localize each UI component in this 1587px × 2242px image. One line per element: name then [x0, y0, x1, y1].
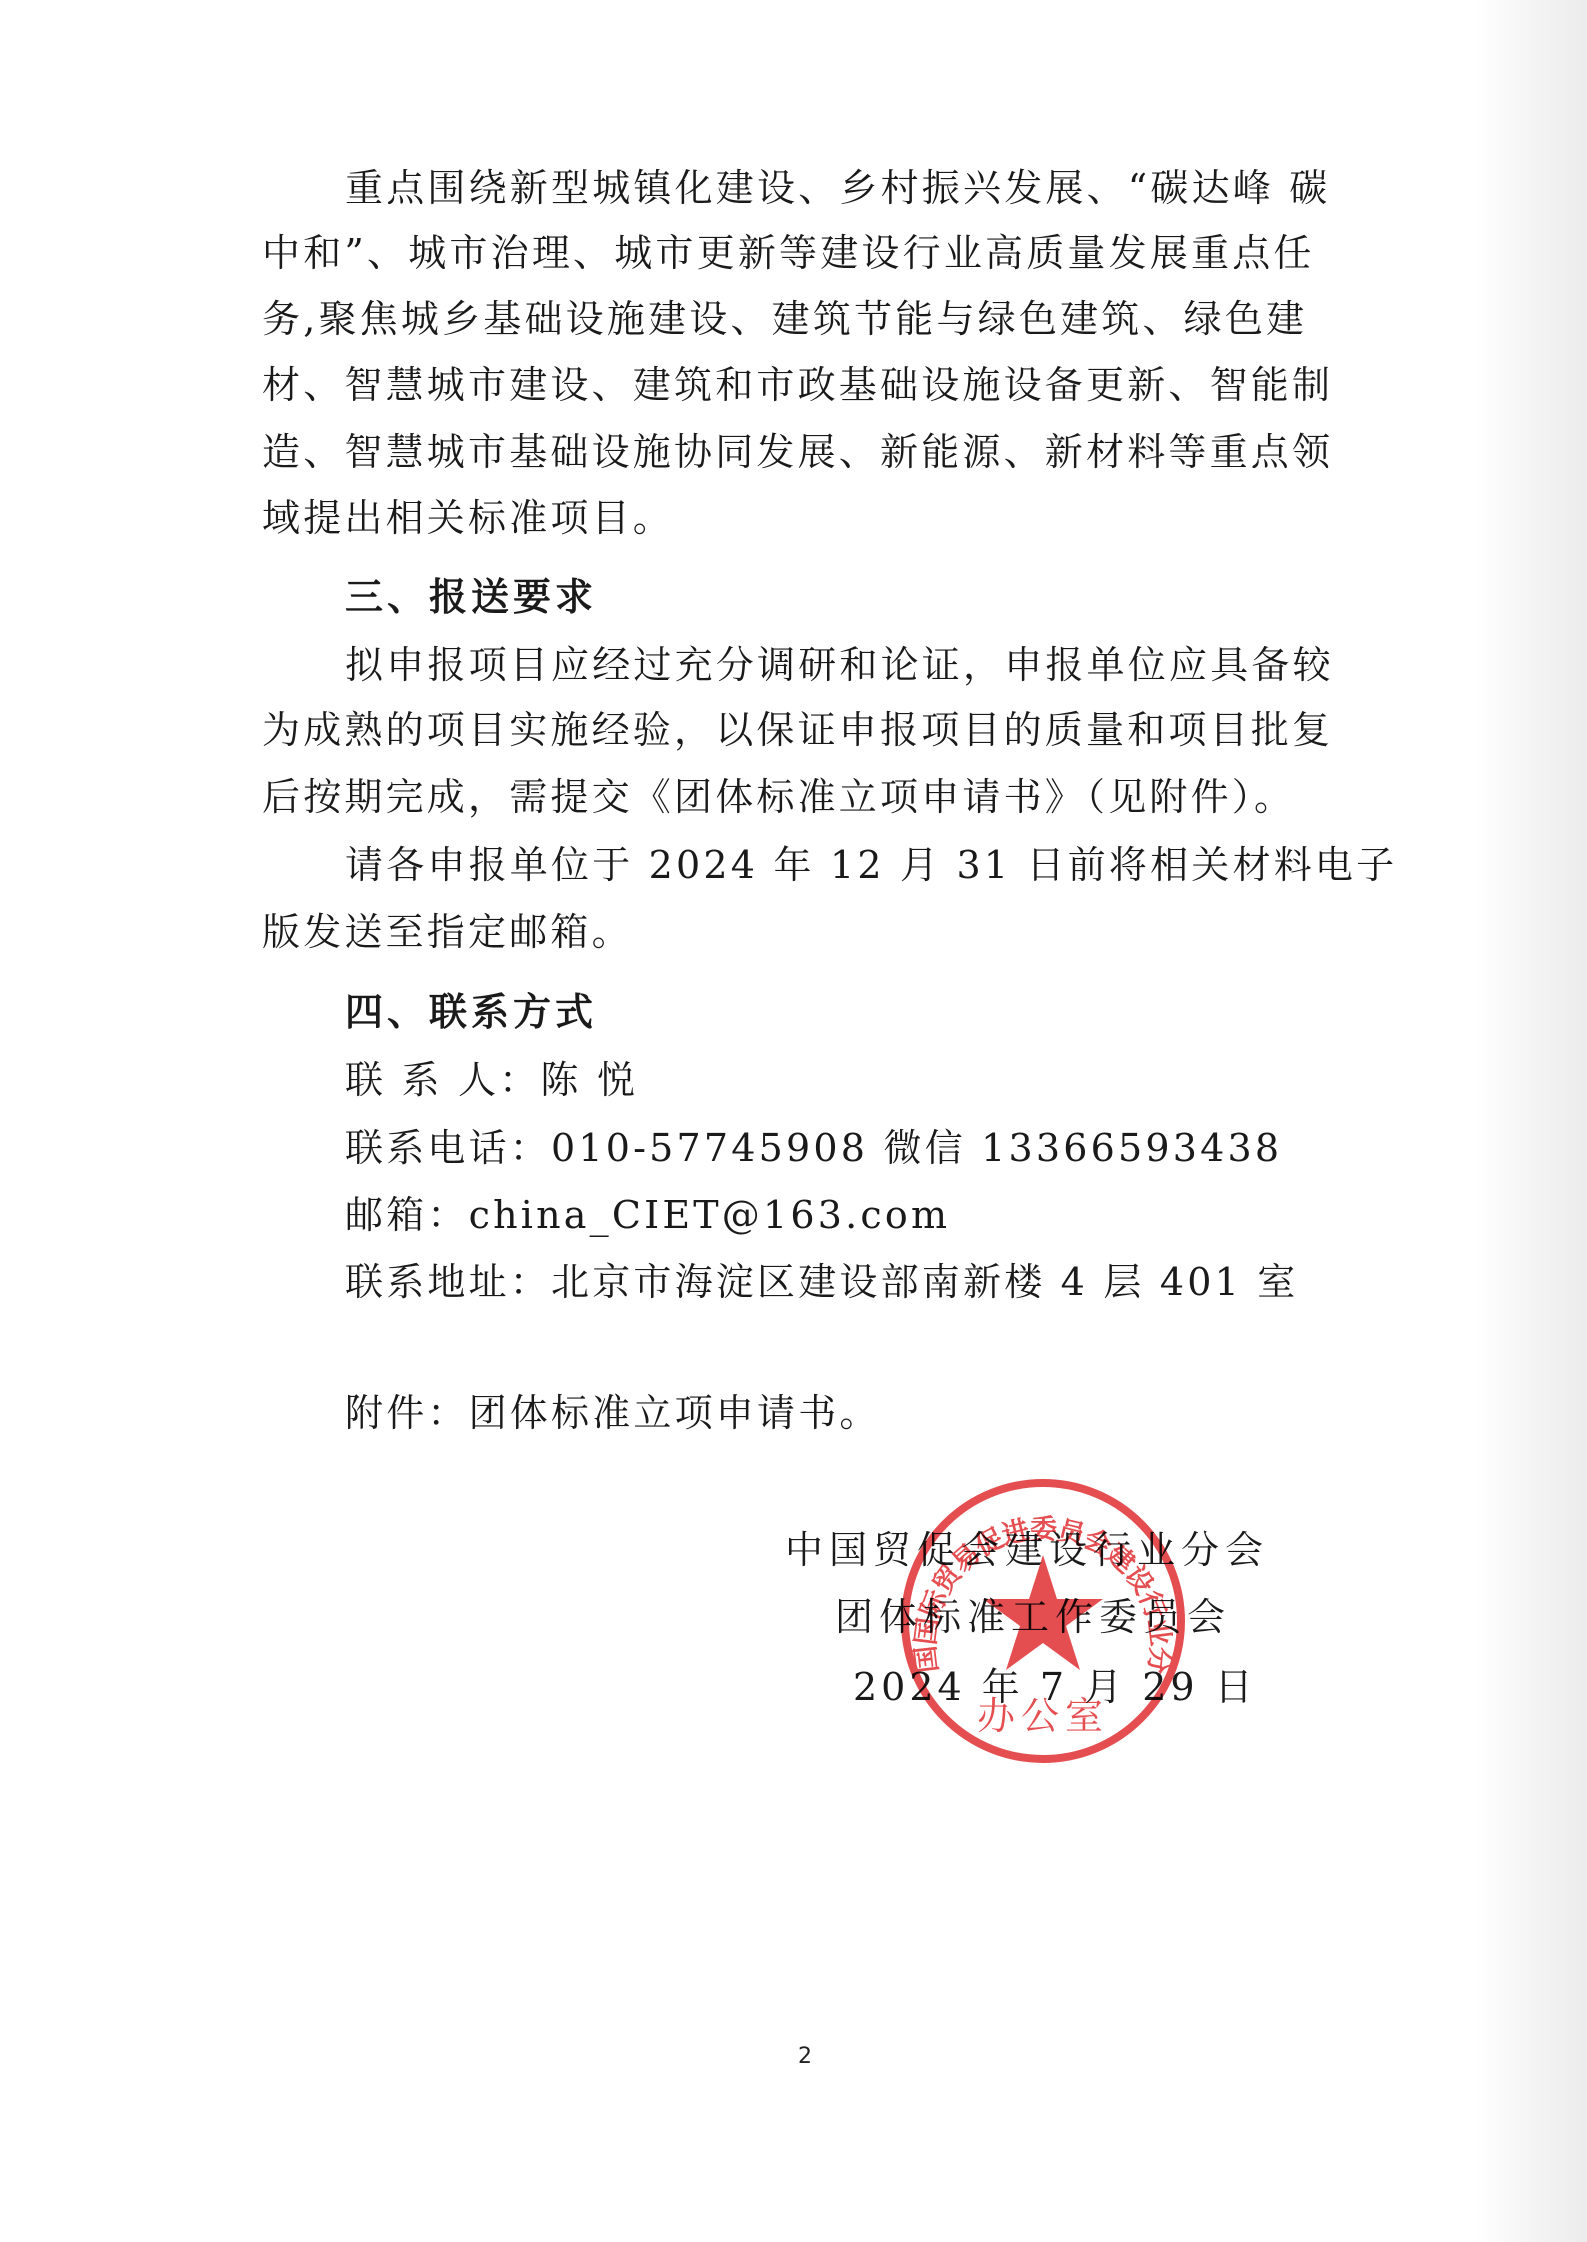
contact-person: 联 系 人：陈 悦 [345, 1058, 1445, 1102]
document-page: 重点围绕新型城镇化建设、乡村振兴发展、“碳达峰 碳 中和”、城市治理、城市更新等… [0, 0, 1587, 2242]
section-heading-contact: 四、联系方式 [345, 990, 1445, 1034]
section-heading-submission-requirements: 三、报送要求 [345, 575, 1445, 619]
paragraph-line: 造、智慧城市基础设施协同发展、新能源、新材料等重点领 [262, 430, 1362, 474]
paragraph-line: 后按期完成，需提交《团体标准立项申请书》（见附件）。 [262, 775, 1362, 819]
attachment-note: 附件：团体标准立项申请书。 [345, 1391, 1445, 1435]
paragraph-line: 请各申报单位于 2024 年 12 月 31 日前将相关材料电子 [345, 843, 1445, 887]
seal-bottom-text: 办公室 [977, 1694, 1109, 1738]
paragraph-line: 为成熟的项目实施经验，以保证申报项目的质量和项目批复 [262, 708, 1362, 752]
paragraph-line: 务,聚焦城乡基础设施建设、建筑节能与绿色建筑、绿色建 [262, 297, 1362, 341]
paragraph-line: 域提出相关标准项目。 [262, 496, 1362, 540]
paragraph-line: 重点围绕新型城镇化建设、乡村振兴发展、“碳达峰 碳 [345, 166, 1445, 210]
contact-address: 联系地址：北京市海淀区建设部南新楼 4 层 401 室 [345, 1260, 1445, 1304]
seal-star-icon [983, 1555, 1103, 1670]
official-seal-stamp: 中国国际贸易促进委员会建设行业分会 办公室 [897, 1477, 1189, 1765]
paragraph-line: 中和”、城市治理、城市更新等建设行业高质量发展重点任 [262, 231, 1362, 275]
paragraph-line: 拟申报项目应经过充分调研和论证，申报单位应具备较 [345, 643, 1445, 687]
contact-email: 邮箱：china_CIET@163.com [345, 1193, 1445, 1237]
paragraph-line: 版发送至指定邮箱。 [262, 910, 1362, 954]
contact-phone: 联系电话：010-57745908 微信 13366593438 [345, 1126, 1445, 1170]
page-number: 2 [798, 2044, 812, 2069]
paragraph-line: 材、智慧城市建设、建筑和市政基础设施设备更新、智能制 [262, 363, 1362, 407]
